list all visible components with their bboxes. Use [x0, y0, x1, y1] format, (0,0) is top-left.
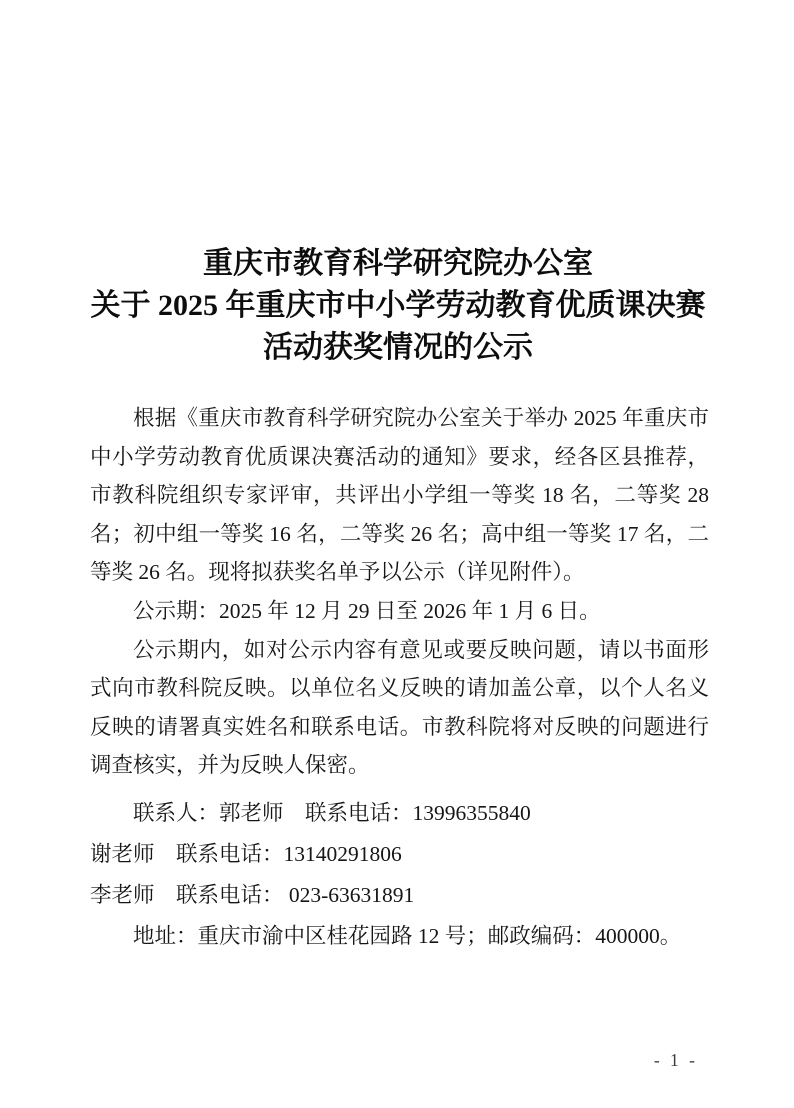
address-line: 地址：重庆市渝中区桂花园路 12 号；邮政编码：400000。 [90, 916, 709, 957]
paragraph-feedback: 公示期内，如对公示内容有意见或要反映问题，请以书面形式向市教科院反映。以单位名义… [90, 631, 709, 785]
document-page: 重庆市教育科学研究院办公室 关于 2025 年重庆市中小学劳动教育优质课决赛 活… [0, 0, 794, 1108]
document-body: 根据《重庆市教育科学研究院办公室关于举办 2025 年重庆市中小学劳动教育优质课… [90, 399, 709, 957]
page-number: - 1 - [654, 1050, 698, 1071]
paragraph-intro: 根据《重庆市教育科学研究院办公室关于举办 2025 年重庆市中小学劳动教育优质课… [90, 399, 709, 592]
document-title: 重庆市教育科学研究院办公室 关于 2025 年重庆市中小学劳动教育优质课决赛 活… [88, 243, 708, 369]
contact-line-xie: 谢老师 联系电话：13140291806 [90, 834, 709, 875]
title-line-3: 活动获奖情况的公示 [88, 327, 708, 369]
contact-list: 联系人：郭老师 联系电话：13996355840 谢老师 联系电话：131402… [90, 793, 709, 916]
paragraph-publicity-period: 公示期：2025 年 12 月 29 日至 2026 年 1 月 6 日。 [90, 592, 709, 631]
title-line-1: 重庆市教育科学研究院办公室 [88, 243, 708, 285]
title-line-2: 关于 2025 年重庆市中小学劳动教育优质课决赛 [88, 285, 708, 327]
contact-line-guo: 联系人：郭老师 联系电话：13996355840 [90, 793, 709, 834]
contact-line-li: 李老师 联系电话： 023-63631891 [90, 875, 709, 916]
